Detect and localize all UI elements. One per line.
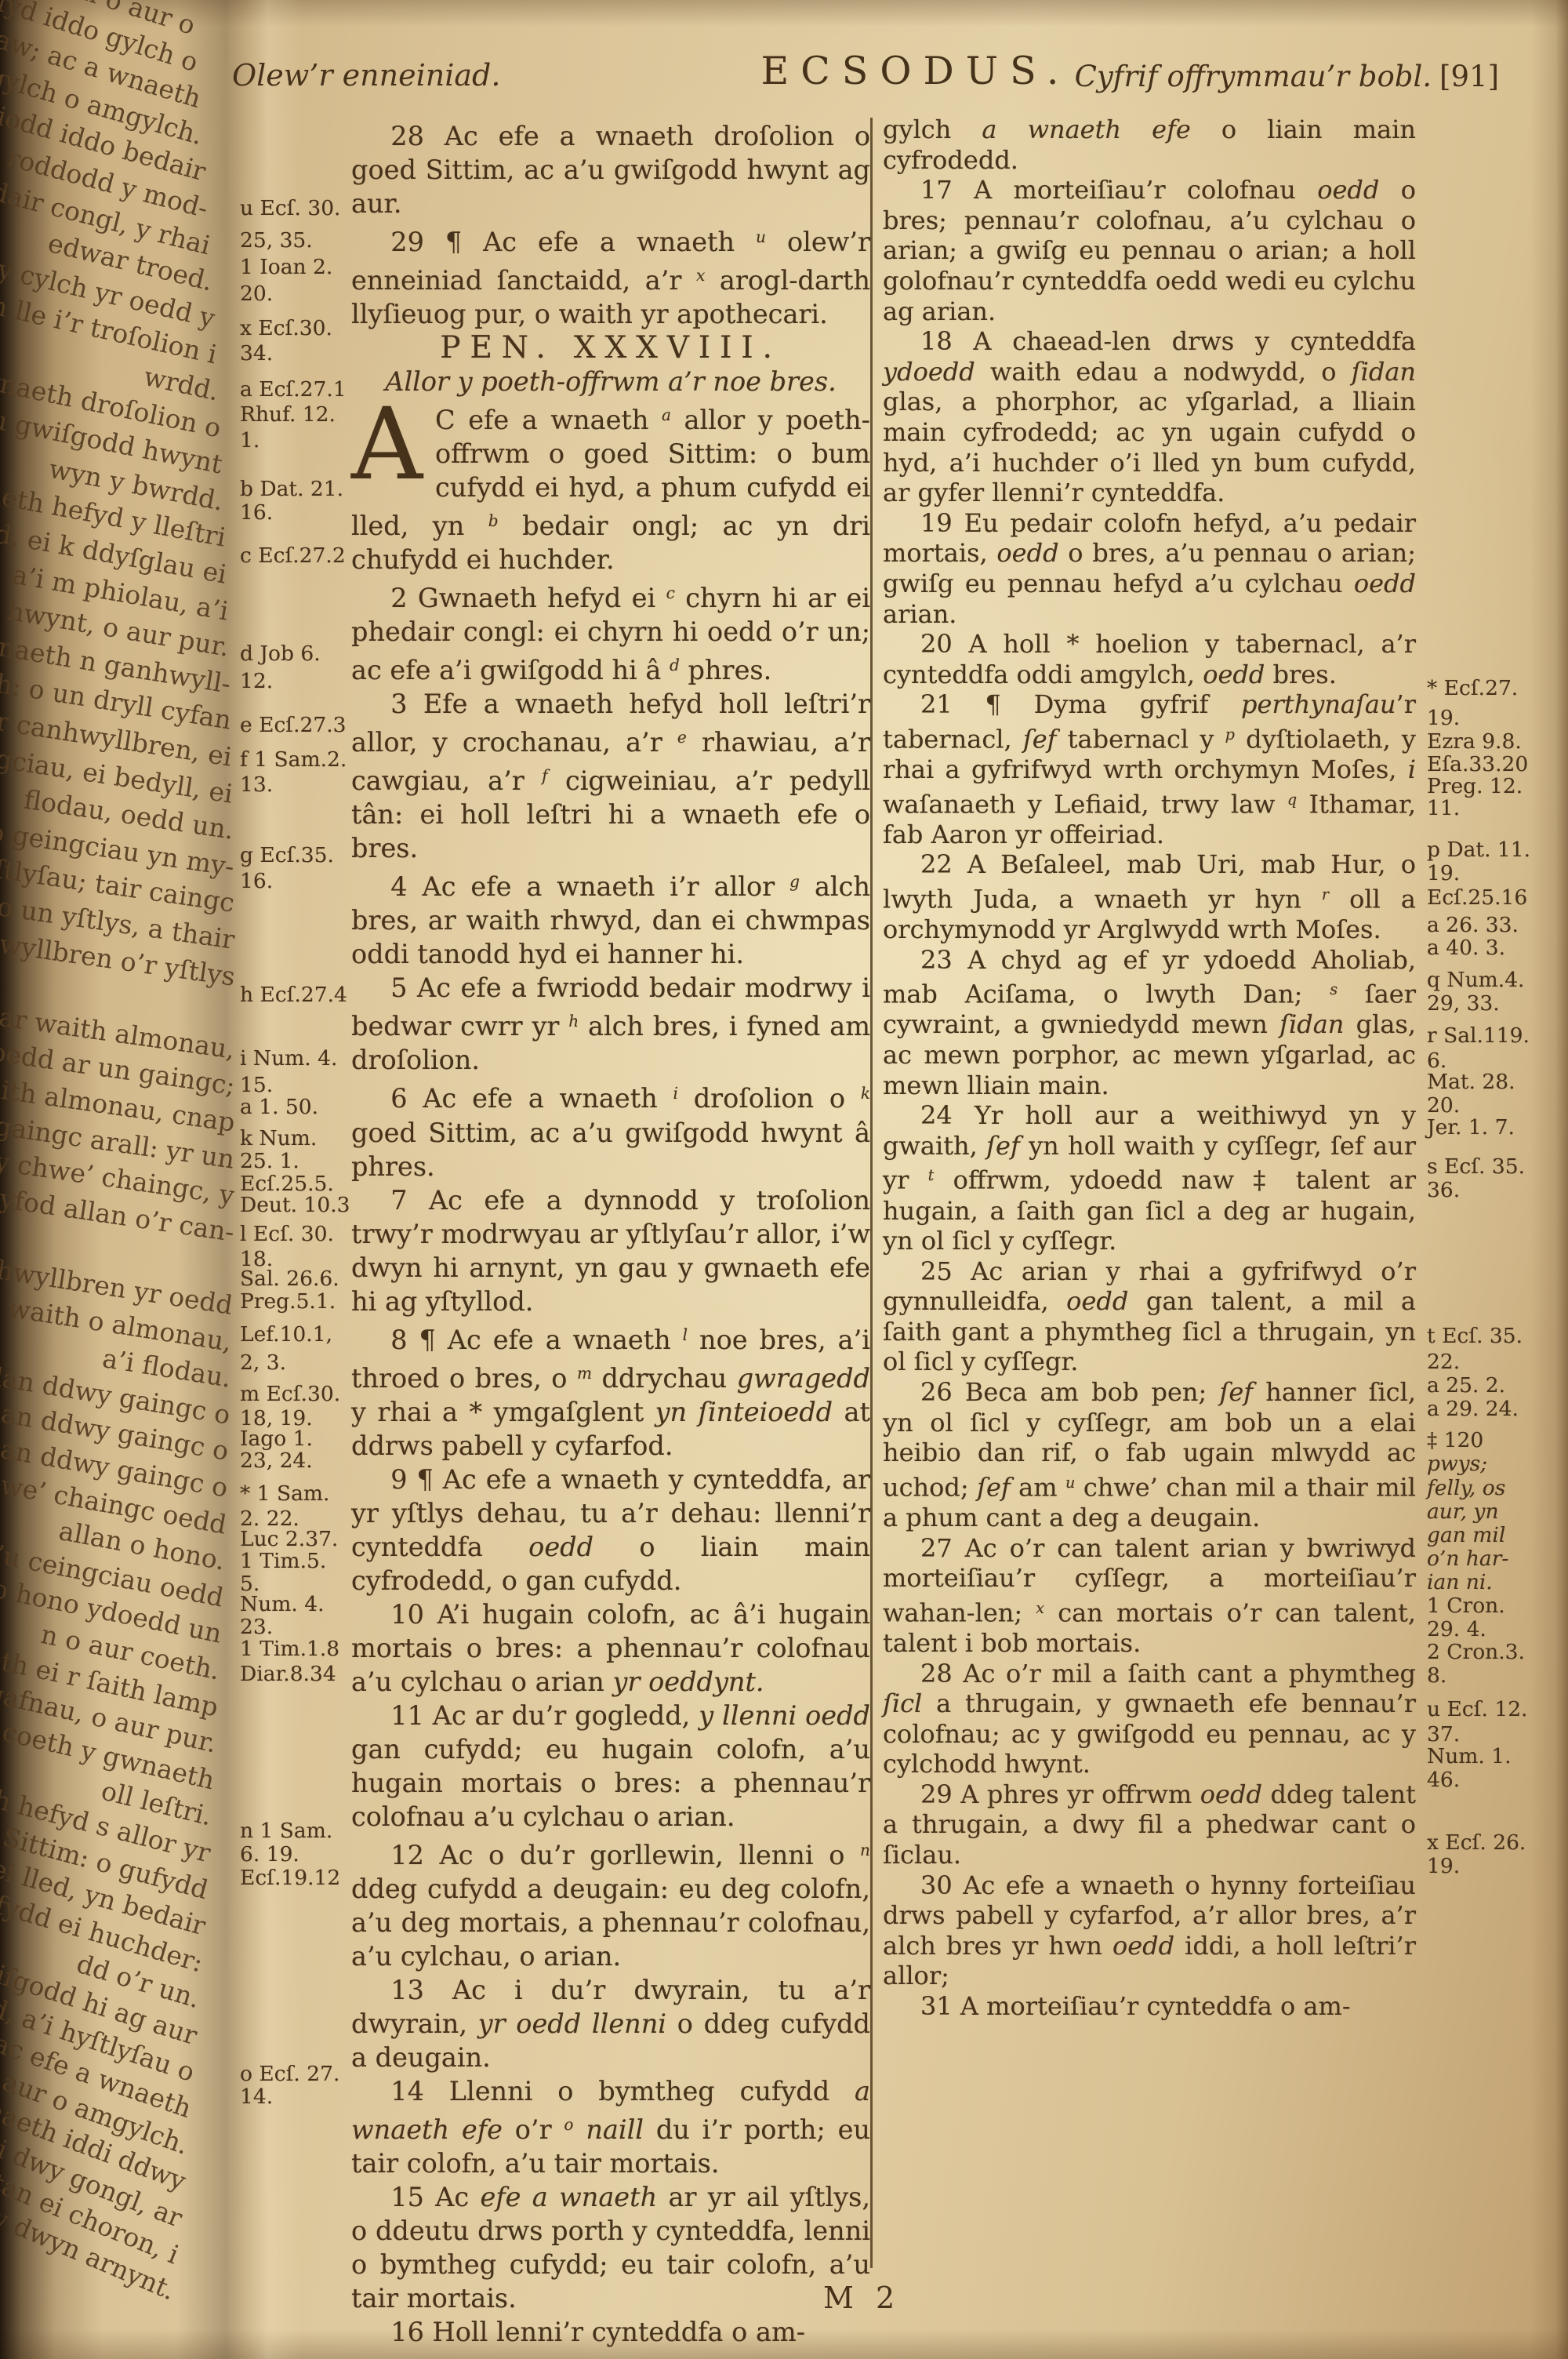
margin-reference: c Ecſ.27.2	[240, 545, 346, 567]
verse-paragraph: 29 A phres yr offrwm oedd ddeg talent a …	[883, 1779, 1416, 1870]
chapter-heading: PEN. XXXVIII.	[351, 331, 870, 365]
margin-reference: 8.	[1427, 1665, 1446, 1687]
verse-paragraph: 9 ¶ Ac efe a wnaeth y cynteddfa, ar yr y…	[351, 1463, 870, 1598]
verse-paragraph: 3 Efe a wnaeth hefyd holl leſtri’r allor…	[351, 687, 870, 865]
verse-paragraph: 25 Ac arian y rhai a gyfrifwyd o’r gynnu…	[883, 1256, 1416, 1377]
verse-paragraph: 11 Ac ar du’r gogledd, y llenni oedd gan…	[351, 1699, 870, 1834]
verse-text-run: bres.	[1265, 660, 1336, 689]
cross-ref-letter: x	[696, 266, 705, 285]
cross-ref-letter: r	[1322, 885, 1329, 903]
margin-reference: Eſa.33.20	[1427, 754, 1528, 776]
verse-paragraph: 20 A holl * hoelion y tabernacl, a’r cyn…	[883, 629, 1416, 689]
verse-text-run: yn ſinteioedd	[655, 1397, 833, 1427]
verse-paragraph: AC efe a wnaeth a allor y poeth-offrwm o…	[351, 398, 870, 576]
margin-reference: o Ecſ. 27.	[240, 2063, 339, 2085]
verse-paragraph: 6 Ac efe a wnaeth i droſolion o k goed S…	[351, 1077, 870, 1183]
margin-reference: p Dat. 11.	[1427, 839, 1530, 861]
cross-ref-letter: s	[1330, 980, 1338, 998]
book-title: ECSODUS.	[761, 49, 1071, 93]
verse-paragraph: 18 A chaead-len drws y cynteddfa ydoedd …	[883, 326, 1416, 508]
verse-text-run: efe a wnaeth	[480, 2182, 657, 2212]
verse-text-run: 29 A phres yr offrwm	[920, 1779, 1200, 1809]
verse-paragraph: 16 Holl lenni’r cynteddfa o am-	[351, 2315, 870, 2349]
verse-text-run: glas, a phorphor, ac yſgarlad, a lliain …	[883, 387, 1416, 507]
margin-reference: aur, yn	[1427, 1501, 1499, 1523]
verse-paragraph: 2 Gwnaeth hefyd ei c chyrn hi ar ei phed…	[351, 576, 870, 687]
cross-ref-letter: o	[564, 2115, 573, 2134]
verse-text-run: 14 Llenni o bymtheg cufydd	[390, 2076, 855, 2106]
verse-paragraph: 14 Llenni o bymtheg cufydd a wnaeth efe …	[351, 2074, 870, 2180]
margin-reference: o’n har-	[1427, 1548, 1508, 1570]
margin-reference: a 26. 33.	[1427, 914, 1519, 936]
verse-paragraph: 22 A Beſaleel, mab Uri, mab Hur, o lwyth…	[883, 849, 1416, 944]
verse-text-run: 6 Ac efe a wnaeth	[390, 1084, 673, 1114]
margin-reference: 36.	[1427, 1179, 1460, 1201]
margin-reference: Ezra 9.8.	[1427, 731, 1522, 753]
verse-text-run: 26 Beca am bob pen;	[920, 1377, 1220, 1407]
margin-reference: 1.	[240, 430, 260, 452]
margin-reference: 16.	[240, 502, 273, 524]
verse-paragraph: 10 A’i hugain colofn, ac â’i hugain mort…	[351, 1598, 870, 1699]
verse-text-run: gwragedd	[737, 1363, 870, 1394]
margin-reference: 6.	[1427, 1050, 1446, 1072]
margin-reference: s Ecſ. 35.	[1427, 1156, 1525, 1178]
margin-reference: Deut. 10.3	[240, 1194, 350, 1216]
verse-text-run: yr oeddynt.	[613, 1667, 764, 1697]
verse-paragraph: 31 A morteiſiau’r cynteddfa o am-	[883, 1991, 1416, 2022]
margin-reference: ian ni.	[1427, 1572, 1493, 1594]
margin-reference: felly, os	[1427, 1478, 1505, 1499]
margin-reference: 14.	[240, 2086, 273, 2108]
verse-paragraph: 21 ¶ Dyma gyfrif perthynaſau’r tabernacl…	[883, 689, 1416, 849]
margin-reference: x Ecſ. 26.	[1427, 1832, 1526, 1854]
cross-ref-letter: k	[861, 1084, 870, 1103]
verse-text-run: oedd	[1112, 1931, 1174, 1961]
verse-text-run: 28 Ac efe a wnaeth droſolion o goed Sitt…	[351, 121, 870, 219]
verse-text-run: 4 Ac efe a wnaeth i’r allor	[390, 871, 789, 902]
signature-mark: M 2	[823, 2281, 901, 2315]
verse-text-run: ſidan	[1279, 1009, 1344, 1039]
cross-ref-letter: e	[677, 728, 687, 747]
margin-reference: 11.	[1427, 798, 1460, 820]
column-divider-rule	[870, 118, 873, 2268]
margin-reference: Diar.8.34	[240, 1663, 336, 1685]
verse-paragraph: 24 Yr holl aur a weithiwyd yn y gwaith, …	[883, 1100, 1416, 1256]
verse-text-run: tabernacl y	[1056, 724, 1225, 754]
margin-reference: Ecſ.25.16	[1427, 887, 1527, 909]
verse-paragraph: 30 Ac efe a wnaeth o hynny forteiſiau dr…	[883, 1870, 1416, 1991]
verse-text-run: gylch	[883, 114, 982, 144]
margin-reference: 19.	[1427, 863, 1460, 885]
drop-cap-initial: A	[351, 398, 435, 483]
margin-reference: Rhuf. 12.	[240, 404, 336, 426]
cross-ref-letter: a	[662, 405, 671, 424]
margin-reference: 29, 33.	[1427, 993, 1500, 1015]
verse-text-run: 23 A chyd ag ef yr ydoedd Aholiab, mab A…	[883, 945, 1416, 1009]
margin-reference: g Ecſ.35.	[240, 845, 334, 867]
margin-reference: pwys;	[1427, 1453, 1487, 1475]
verse-text-run: 17 A morteiſiau’r colofnau	[920, 175, 1317, 205]
verse-text-run: ſef	[977, 1472, 1011, 1502]
margin-reference: * Ecſ.27.	[1427, 678, 1518, 700]
margin-reference: 1 Tim.1.8	[240, 1638, 339, 1660]
margin-reference: 37.	[1427, 1724, 1460, 1746]
margin-reference: 34.	[240, 343, 273, 365]
margin-reference: d Job 6.	[240, 643, 321, 665]
verse-text-run: waith edau a nodwydd, o	[975, 357, 1352, 387]
verse-text-run: oedd	[528, 1532, 593, 1562]
margin-reference: 23.	[240, 1616, 273, 1638]
verse-paragraph: 23 A chyd ag ef yr ydoedd Aholiab, mab A…	[883, 945, 1416, 1101]
text-column-left: 28 Ac efe a wnaeth droſolion o goed Sitt…	[351, 119, 870, 2349]
margin-reference: 2, 3.	[240, 1352, 286, 1374]
margin-reference: m Ecſ.30.	[240, 1383, 340, 1405]
verse-text-run: yr oedd llenni	[478, 2008, 666, 2039]
verse-text-run: oedd	[1066, 1286, 1128, 1316]
margin-reference: gan mil	[1427, 1525, 1505, 1547]
verse-text-run: ſef	[986, 1131, 1020, 1161]
margin-reference: Sal. 26.6.	[240, 1268, 339, 1290]
margin-reference: 22.	[1427, 1351, 1460, 1373]
margin-reference: 20.	[1427, 1095, 1460, 1117]
gutter-facing-page-text: goron o aur oeth hefyd iddo gylch oled l…	[0, 0, 265, 2359]
verse-text-run: 15 Ac	[390, 2182, 480, 2212]
margin-reference: u Ecſ. 12.	[1427, 1699, 1527, 1721]
margin-reference: Jer. 1. 7.	[1427, 1117, 1515, 1139]
margin-reference: * 1 Sam.	[240, 1483, 329, 1505]
cross-ref-letter: g	[789, 872, 800, 891]
verse-paragraph: 7 Ac efe a dynnodd y troſolion trwy’r mo…	[351, 1183, 870, 1318]
margin-reference: 2 Cron.3.	[1427, 1641, 1525, 1663]
margin-reference: 29. 4.	[1427, 1619, 1486, 1641]
margin-reference: u Ecſ. 30.	[240, 198, 340, 220]
verse-paragraph: 13 Ac i du’r dwyrain, tu a’r dwyrain, yr…	[351, 1973, 870, 2074]
margin-reference: Num. 1.	[1427, 1746, 1512, 1768]
verse-continuation: gylch a wnaeth efe o liain main cyfroded…	[883, 114, 1416, 175]
margin-reference: t Ecſ. 35.	[1427, 1325, 1523, 1347]
margin-notes-left: u Ecſ. 30.25, 35.1 Ioan 2.20.x Ecſ.30.34…	[240, 0, 350, 2359]
verse-text-run: 8 ¶ Ac efe a wnaeth	[390, 1325, 682, 1355]
margin-notes-right: * Ecſ.27.19.Ezra 9.8.Eſa.33.20Preg. 12.1…	[1427, 0, 1568, 2359]
cross-ref-letter: x	[1036, 1599, 1044, 1617]
margin-reference: Preg. 12.	[1427, 776, 1523, 798]
cross-ref-letter: q	[1287, 791, 1297, 809]
chapter-summary: Allor y poeth-offrwm a’r noe bres.	[351, 365, 870, 398]
verse-text-run: goed Sittim, ac a’u gwiſgodd hwynt â phr…	[351, 1118, 870, 1182]
verse-text-run: ddrychau	[592, 1363, 737, 1394]
margin-reference: 20.	[240, 283, 273, 305]
margin-reference: k Num.	[240, 1128, 317, 1150]
cross-ref-letter: m	[577, 1364, 592, 1383]
verse-text-run: 29 ¶ Ac efe a wnaeth	[390, 227, 756, 257]
verse-text-run: a thrugain, y gwnaeth efe bennau’r colof…	[883, 1688, 1416, 1779]
margin-reference: 1 Ioan 2.	[240, 256, 332, 278]
margin-reference: Luc 2.37.	[240, 1528, 338, 1550]
margin-reference: 46.	[1427, 1769, 1460, 1791]
verse-text-run: 31 A morteiſiau’r cynteddfa o am-	[920, 1991, 1351, 2021]
verse-text-run	[574, 2114, 586, 2145]
cross-ref-letter: d	[670, 656, 680, 674]
margin-reference: ‡ 120	[1427, 1430, 1483, 1452]
margin-reference: 25, 35.	[240, 230, 313, 252]
verse-text-run: oedd	[996, 538, 1058, 568]
verse-text-run: oedd	[1354, 569, 1416, 598]
verse-text-run: oedd	[1200, 1779, 1262, 1809]
margin-reference: f 1 Sam.2.	[240, 749, 347, 771]
verse-text-run: o’r	[503, 2114, 564, 2145]
verse-paragraph: 28 Ac efe a wnaeth droſolion o goed Sitt…	[351, 119, 870, 220]
verse-text-run: perthynaſau	[1241, 689, 1396, 719]
verse-paragraph: 15 Ac efe a wnaeth ar yr ail yſtlys, o d…	[351, 2180, 870, 2315]
verse-text-run: waſanaeth y Lefiaid, trwy law	[883, 789, 1287, 819]
verse-paragraph: 26 Beca am bob pen; ſef hanner ſicl, yn …	[883, 1377, 1416, 1533]
verse-paragraph: 27 Ac o’r can talent arian y bwriwyd mor…	[883, 1533, 1416, 1659]
verse-paragraph: 19 Eu pedair colofn hefyd, a’u pedair mo…	[883, 508, 1416, 629]
verse-paragraph: 28 Ac o’r mil a ſaith cant a phymtheg ſi…	[883, 1659, 1416, 1779]
verse-text-run: 10 A’i hugain colofn, ac â’i hugain mort…	[351, 1599, 870, 1697]
verse-text-run: ſef	[1023, 724, 1057, 754]
verse-text-run: ddeg cufydd a deugain: eu deg colofn, a’…	[351, 1874, 870, 1972]
verse-text-run: C efe a wnaeth	[435, 405, 662, 435]
verse-text-run: a wnaeth efe	[982, 114, 1190, 144]
margin-reference: n 1 Sam.	[240, 1820, 332, 1842]
margin-reference: i Num. 4.	[240, 1048, 337, 1070]
cross-ref-letter: p	[1225, 725, 1235, 743]
margin-reference: b Dat. 21.	[240, 478, 343, 500]
verse-paragraph: 12 Ac o du’r gorllewin, llenni o n ddeg …	[351, 1834, 870, 1973]
verse-text-run: 7 Ac efe a dynnodd y troſolion trwy’r mo…	[351, 1185, 870, 1317]
verse-text-run: oedd	[1203, 660, 1265, 689]
cross-ref-letter: c	[666, 583, 675, 602]
verse-text-run: 11 Ac ar du’r gogledd,	[390, 1700, 699, 1731]
margin-reference: Ecſ.25.5.	[240, 1173, 334, 1195]
verse-text-run: gan cufydd; eu hugain colofn, a’u hugain…	[351, 1734, 870, 1832]
verse-paragraph: 5 Ac efe a fwriodd bedair modrwy i bedwa…	[351, 971, 870, 1077]
running-title-right-text: Cyfrif offrymmau’r bobl.	[1075, 60, 1432, 93]
verse-text-run: 18 A chaead-len drws y cynteddfa	[920, 326, 1416, 356]
verse-text-run: oedd	[1317, 175, 1379, 205]
verse-paragraph: 29 ¶ Ac efe a wnaeth u olew’r enneiniad …	[351, 220, 870, 331]
margin-reference: 25. 1.	[240, 1150, 299, 1172]
verse-text-run: 16 Holl lenni’r cynteddfa o am-	[390, 2317, 805, 2347]
verse-text-run: arian.	[883, 599, 956, 629]
margin-reference: a 40. 3.	[1427, 937, 1505, 959]
margin-reference: 1 Cron.	[1427, 1595, 1505, 1617]
margin-reference: Preg.5.1.	[240, 1291, 336, 1313]
verse-text-run: i	[1408, 754, 1416, 784]
margin-reference: e Ecſ.27.3	[240, 714, 347, 736]
verse-text-run: droſolion o	[678, 1084, 861, 1114]
verse-text-run: naill	[586, 2114, 644, 2145]
margin-reference: 16.	[240, 871, 273, 892]
margin-reference: 1 Tim.5.	[240, 1550, 326, 1572]
margin-reference: a 1. 50.	[240, 1096, 318, 1118]
verse-text-run: ſef	[1220, 1377, 1254, 1407]
book-page-photo: goron o aur oeth hefyd iddo gylch oled l…	[0, 0, 1568, 2359]
margin-reference: Lef.10.1,	[240, 1324, 332, 1346]
margin-reference: Iago 1.	[240, 1428, 313, 1450]
margin-reference: x Ecſ.30.	[240, 318, 332, 340]
margin-reference: 6. 19.	[240, 1844, 299, 1866]
margin-reference: 19.	[1427, 707, 1460, 729]
verse-text-run: ydoedd	[883, 357, 975, 387]
margin-reference: Num. 4.	[240, 1594, 325, 1616]
cross-ref-letter: f	[542, 766, 547, 785]
margin-reference: l Ecſ. 30.	[240, 1223, 334, 1245]
verse-paragraph: 4 Ac efe a wnaeth i’r allor g alch bres,…	[351, 865, 870, 971]
cross-ref-letter: u	[1065, 1474, 1075, 1492]
verse-text-run: phres.	[680, 655, 771, 685]
margin-reference: Ecſ.19.12	[240, 1867, 340, 1889]
margin-reference: q Num.4.	[1427, 969, 1524, 991]
verse-paragraph: 17 A morteiſiau’r colofnau oedd o bres; …	[883, 175, 1416, 326]
margin-reference: a Ecſ.27.1	[240, 379, 347, 401]
margin-reference: r Sal.119.	[1427, 1025, 1530, 1047]
margin-reference: a 29. 24.	[1427, 1398, 1519, 1420]
margin-reference: Mat. 28.	[1427, 1071, 1515, 1093]
cross-ref-letter: u	[756, 227, 766, 246]
margin-reference: 12.	[240, 671, 273, 692]
verse-text-run: 21 ¶ Dyma gyfrif	[920, 689, 1241, 719]
verse-text-run: y rhai a * ymgaſglent	[351, 1397, 655, 1427]
margin-reference: 13.	[240, 774, 273, 796]
margin-reference: 23, 24.	[240, 1450, 313, 1472]
verse-text-run: ſicl	[883, 1688, 922, 1718]
margin-reference: 19.	[1427, 1856, 1460, 1877]
margin-reference: 15.	[240, 1074, 273, 1096]
margin-reference: a 25. 2.	[1427, 1375, 1505, 1397]
verse-paragraph: 8 ¶ Ac efe a wnaeth l noe bres, a’i thro…	[351, 1318, 870, 1463]
cross-ref-letter: b	[488, 511, 499, 530]
verse-text-run: ſidan	[1352, 357, 1416, 387]
margin-reference: h Ecſ.27.4	[240, 984, 347, 1006]
text-column-right: gylch a wnaeth efe o liain main cyfroded…	[883, 114, 1416, 2022]
verse-text-run: y llenni oedd	[699, 1700, 870, 1731]
cross-ref-letter: n	[860, 1841, 870, 1859]
verse-text-run: am	[1011, 1472, 1065, 1502]
verse-text-run: 12 Ac o du’r gorllewin, llenni o	[390, 1840, 860, 1870]
verse-text-run: 2 Gwnaeth hefyd ei	[390, 583, 666, 613]
verse-text-run: offrwm, ydoedd naw ‡ talent ar hugain, a…	[883, 1165, 1416, 1256]
verse-text-run: 28 Ac o’r mil a ſaith cant a phymtheg	[920, 1659, 1416, 1688]
cross-ref-letter: h	[568, 1012, 579, 1030]
